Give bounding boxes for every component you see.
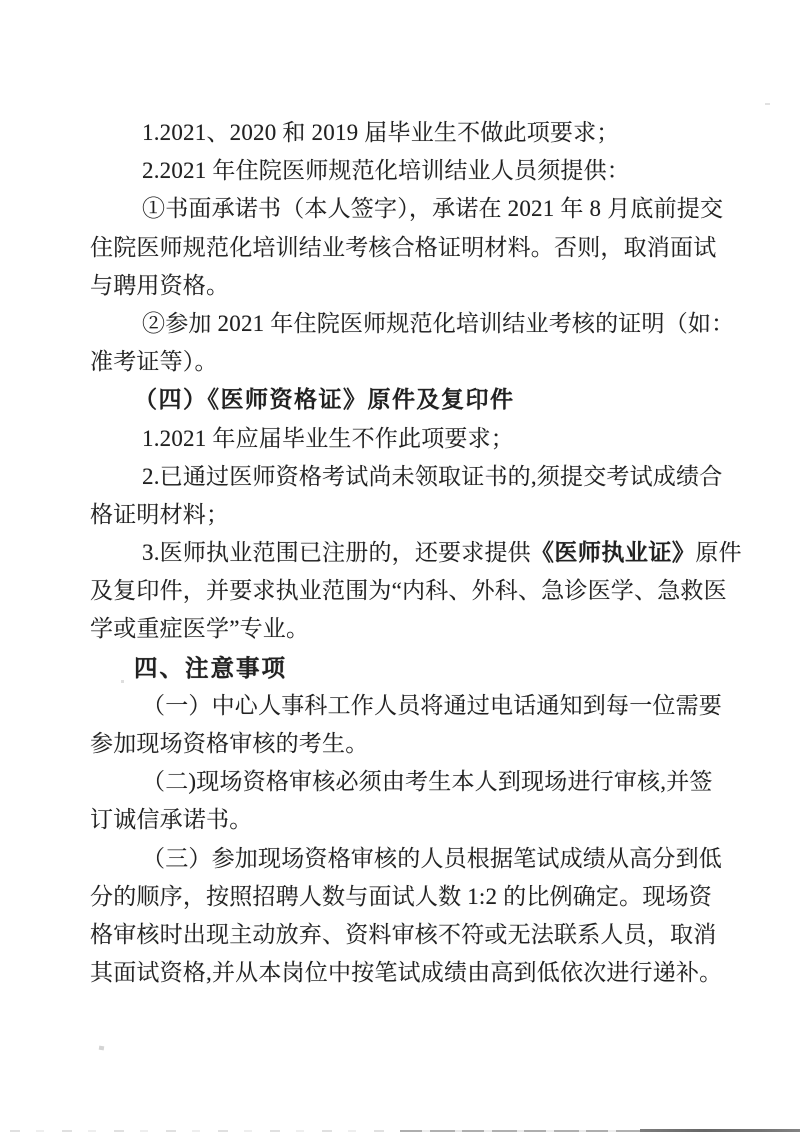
text-line: 1.2021、2020 和 2019 届毕业生不做此项要求； <box>90 114 712 152</box>
document-body: 1.2021、2020 和 2019 届毕业生不做此项要求； 2.2021 年住… <box>90 114 712 992</box>
text-line: 及复印件，并要求执业范围为“内科、外科、急诊医学、急救医 <box>90 572 712 610</box>
subsection-heading: （四）《医师资格证》原件及复印件 <box>90 381 712 419</box>
text-line: ①书面承诺书（本人签字），承诺在 2021 年 8 月底前提交 <box>90 190 712 228</box>
text-line: ②参加 2021 年住院医师规范化培训结业考核的证明（如： <box>90 305 712 343</box>
text-line: 订诚信承诺书。 <box>90 801 712 839</box>
scan-speck <box>765 103 770 105</box>
text-line: 学或重症医学”专业。 <box>90 610 712 648</box>
text-line: 3.医师执业范围已注册的，还要求提供《医师执业证》原件 <box>90 534 712 572</box>
text-line: （二)现场资格审核必须由考生本人到现场进行审核,并签 <box>90 763 712 801</box>
text-line: 2.2021 年住院医师规范化培训结业人员须提供： <box>90 152 712 190</box>
section-heading: 四、注意事项 <box>90 649 712 687</box>
text-line: 住院医师规范化培训结业考核合格证明材料。否则，取消面试 <box>90 229 712 267</box>
text-line: 与聘用资格。 <box>90 267 712 305</box>
text-line: 参加现场资格审核的考生。 <box>90 725 712 763</box>
text-line: 格证明材料； <box>90 496 712 534</box>
text-line: 准考证等）。 <box>90 343 712 381</box>
scan-speck <box>121 680 124 683</box>
certificate-title-emphasis: 《医师执业证》 <box>531 540 696 565</box>
text-line: （三）参加现场资格审核的人员根据笔试成绩从高分到低 <box>90 840 712 878</box>
scanned-document-page: 1.2021、2020 和 2019 届毕业生不做此项要求； 2.2021 年住… <box>0 0 800 1133</box>
text-line: 2.已通过医师资格考试尚未领取证书的,须提交考试成绩合 <box>90 458 712 496</box>
text-line: 1.2021 年应届毕业生不作此项要求； <box>90 420 712 458</box>
text-line: 格审核时出现主动放弃、资料审核不符或无法联系人员，取消 <box>90 916 712 954</box>
text-segment: 3.医师执业范围已注册的，还要求提供 <box>142 540 531 565</box>
scan-edge-segment <box>400 1130 640 1132</box>
text-line: 分的顺序，按照招聘人数与面试人数 1:2 的比例确定。现场资 <box>90 878 712 916</box>
scan-edge-segment <box>640 1129 800 1132</box>
scan-bottom-edge-artifact <box>0 1129 800 1133</box>
text-line: 其面试资格,并从本岗位中按笔试成绩由高到低依次进行递补。 <box>90 954 712 992</box>
text-segment: 原件 <box>695 540 741 565</box>
scan-edge-segment <box>10 1130 400 1132</box>
scan-speck <box>99 1046 105 1051</box>
text-line: （一）中心人事科工作人员将通过电话通知到每一位需要 <box>90 687 712 725</box>
